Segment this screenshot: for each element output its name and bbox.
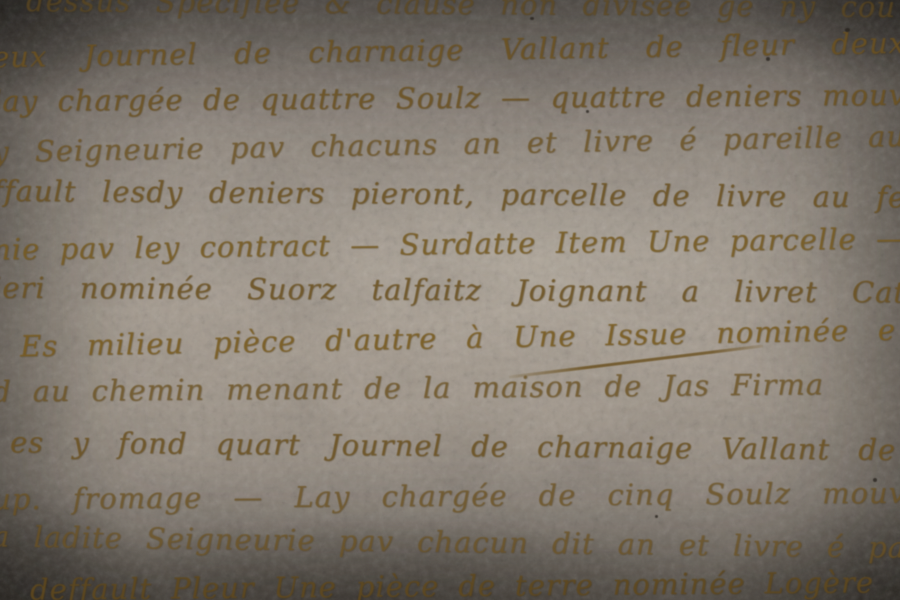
ink-speck <box>873 478 877 482</box>
manuscript-line-9-text: d au chemin menant de la maison de Jas F… <box>0 370 824 406</box>
manuscript-line-7-text: ieri nominée Suorz talfaitz Joignant a l… <box>0 274 900 308</box>
manuscript-line-1-text: dessus Spécifiée & clause non divisée ge… <box>26 0 896 22</box>
manuscript-line-8: Es milieu pièce d'autre à Une Issue nomi… <box>20 316 896 362</box>
ink-speck <box>586 110 589 113</box>
manuscript-line-11: up. fromage — Lay chargée de cinq Soulz … <box>0 479 900 514</box>
ink-speck <box>655 515 658 518</box>
manuscript-line-13-text: deffault Pleur Une pièce de terre nominé… <box>30 568 874 600</box>
manuscript-line-3: lay chargée de quattre Soulz — quattre d… <box>0 81 900 116</box>
manuscript-line-2-text: eux Journel de charnaige Vallant de fleu… <box>0 29 900 72</box>
manuscript-line-10: es y fond quart Journel de charnaige Val… <box>10 428 896 465</box>
manuscript-line-4-text: y Seigneurie pav chacuns an et livre é p… <box>0 122 900 167</box>
manuscript-line-5-text: ffault lesdy deniers pieront, parcelle d… <box>0 177 900 212</box>
manuscript-line-2: eux Journel de charnaige Vallant de fleu… <box>0 29 900 72</box>
manuscript-line-13: deffault Pleur Une pièce de terre nominé… <box>30 568 874 600</box>
manuscript-line-5: ffault lesdy deniers pieront, parcelle d… <box>0 177 900 212</box>
manuscript-photo: dessus Spécifiée & clause non divisée ge… <box>0 0 900 600</box>
manuscript-line-8-text: Es milieu pièce d'autre à Une Issue nomi… <box>20 316 896 362</box>
manuscript-line-12: a ladite Seigneurie pav chacun dit an et… <box>0 522 900 562</box>
manuscript-line-4: y Seigneurie pav chacuns an et livre é p… <box>0 122 900 167</box>
manuscript-line-9: d au chemin menant de la maison de Jas F… <box>0 370 824 406</box>
manuscript-line-1: dessus Spécifiée & clause non divisée ge… <box>26 0 896 22</box>
manuscript-line-12-text: a ladite Seigneurie pav chacun dit an et… <box>0 522 900 562</box>
manuscript-line-10-text: es y fond quart Journel de charnaige Val… <box>10 428 896 465</box>
manuscript-line-6-text: nie pav ley contract — Surdatte Item Une… <box>0 224 900 264</box>
ink-speck <box>530 17 534 20</box>
manuscript-line-3-text: lay chargée de quattre Soulz — quattre d… <box>0 81 900 116</box>
manuscript-line-6: nie pav ley contract — Surdatte Item Une… <box>0 224 900 264</box>
manuscript-line-7: ieri nominée Suorz talfaitz Joignant a l… <box>0 274 900 308</box>
manuscript-line-11-text: up. fromage — Lay chargée de cinq Soulz … <box>0 479 900 514</box>
ink-speck <box>845 28 850 32</box>
ink-speck <box>766 57 770 61</box>
